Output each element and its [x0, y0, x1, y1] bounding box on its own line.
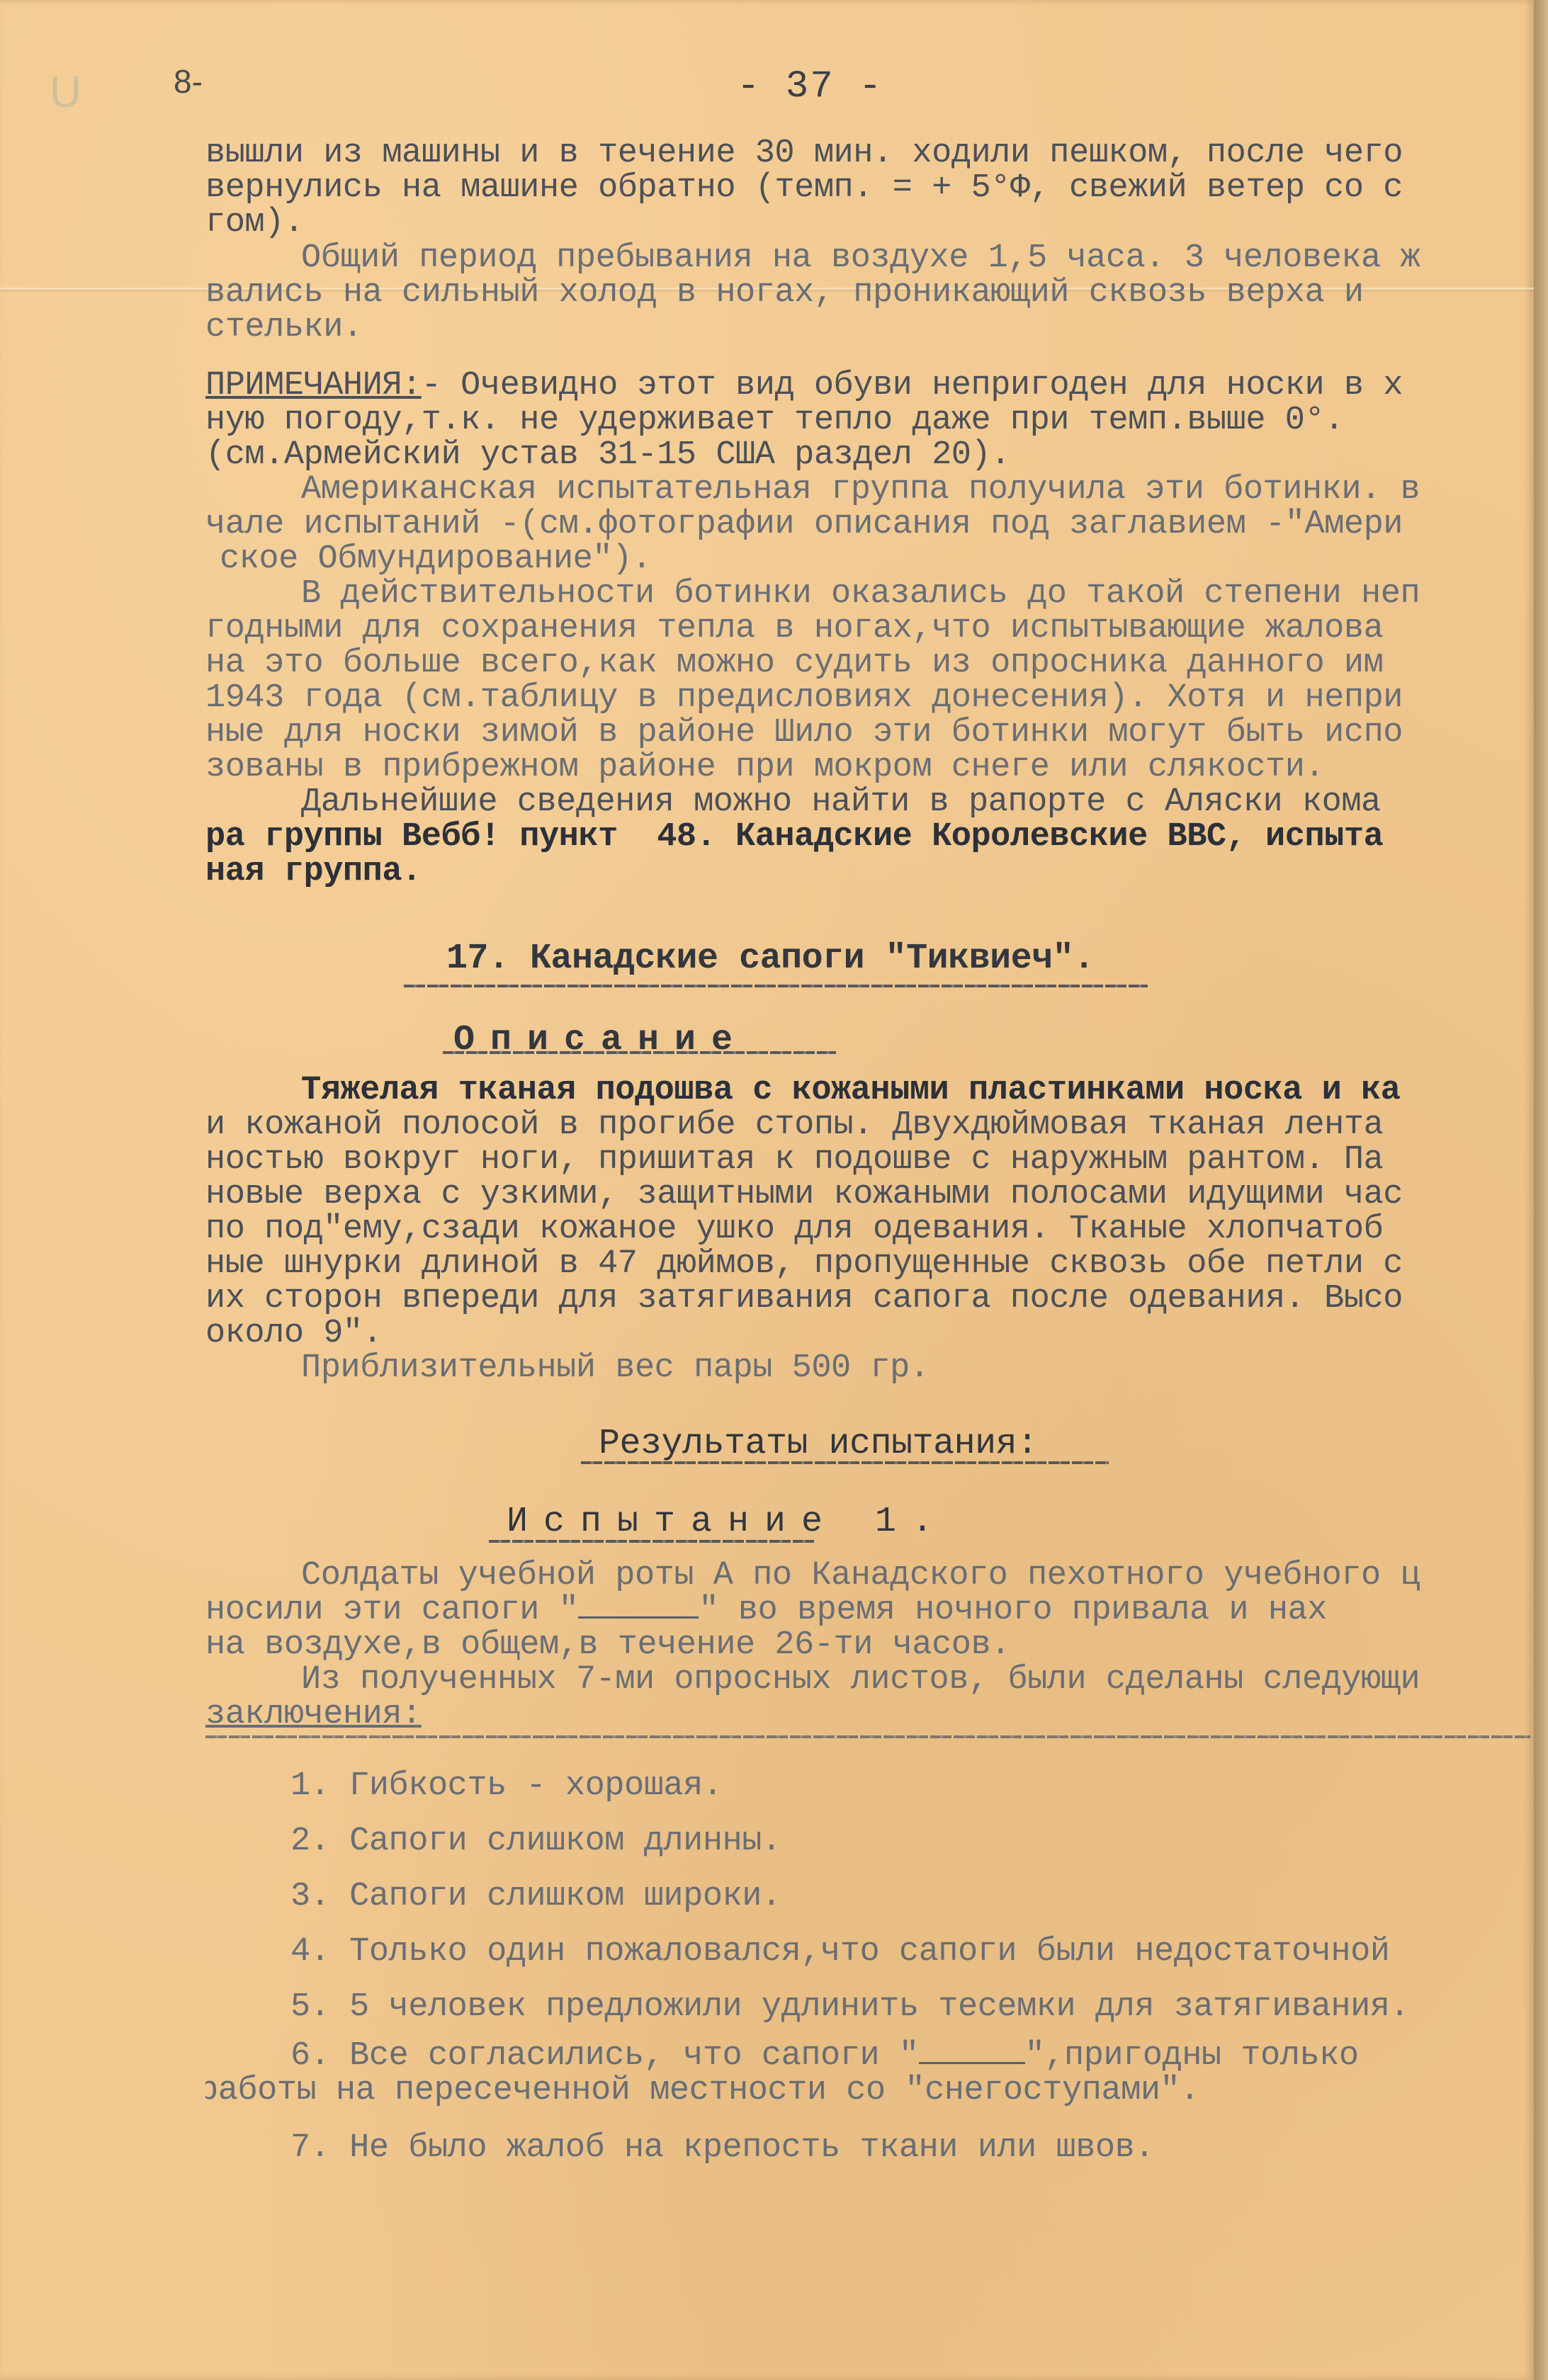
section-title-underline	[404, 985, 1148, 987]
blank-field	[578, 1595, 699, 1619]
list-item: 6. Все согласились, что сапоги "",пригод…	[205, 2039, 1530, 2073]
list-item: 4. Только один пожаловался,что сапоги бы…	[205, 1925, 1530, 1980]
list-item: 2. Сапоги слишком длинны.	[205, 1814, 1530, 1869]
blank-field	[919, 2041, 1025, 2064]
folio-mark: 8-	[174, 62, 203, 101]
binding-edge	[1534, 0, 1548, 2380]
description-heading-underline	[443, 1051, 836, 1054]
test-heading-underline	[489, 1540, 815, 1543]
paragraph-reality: В действительности ботинки оказались до …	[205, 577, 1530, 785]
description-heading: Описание	[453, 1020, 748, 1060]
list-item: 5. 5 человек предложили удлинить тесемки…	[205, 1980, 1530, 2035]
test-paragraph: Солдаты учебной роты А по Канадского пех…	[205, 1558, 1530, 1732]
conclusion-7: 7. Не было жалоб на крепость ткани или ш…	[205, 2131, 1530, 2165]
list-item: 1. Гибкость - хорошая.	[205, 1759, 1530, 1814]
list-item: 7. Не было жалоб на крепость ткани или ш…	[205, 2131, 1530, 2165]
document-page: U 8- - 37 - вышли из машины и в течение …	[0, 0, 1534, 2380]
paragraph-walk: вышли из машины и в течение 30 мин. ходи…	[205, 136, 1530, 240]
results-heading: Результаты испытания:	[599, 1424, 1038, 1464]
test-heading: Испытание 1.	[507, 1502, 949, 1542]
conclusion-6: 6. Все согласились, что сапоги "",пригод…	[205, 2039, 1530, 2108]
page-number: - 37 -	[737, 65, 883, 108]
paragraph-note: ПРИМЕЧАНИЯ:- Очевидно этот вид обуви неп…	[205, 368, 1530, 472]
paragraph-exposure: Общий период пребывания на воздухе 1,5 ч…	[205, 241, 1530, 345]
note-label: ПРИМЕЧАНИЯ:	[205, 368, 422, 404]
results-heading-underline	[581, 1461, 1109, 1464]
conclusions-list: 1. Гибкость - хорошая. 2. Сапоги слишком…	[205, 1759, 1530, 2035]
paragraph-american-group: Американская испытательная группа получи…	[205, 472, 1530, 577]
conclusions-underline	[205, 1735, 1530, 1738]
list-item: 3. Сапоги слишком широки.	[205, 1869, 1530, 1925]
description-text: Тяжелая тканая подошва с кожаными пласти…	[205, 1073, 1530, 1385]
section-title: 17. Канадские сапоги "Тиквиеч".	[446, 939, 1095, 979]
paragraph-further-info: Дальнейшие сведения можно найти в рапорт…	[205, 785, 1530, 889]
faded-stamp: U	[50, 67, 81, 118]
